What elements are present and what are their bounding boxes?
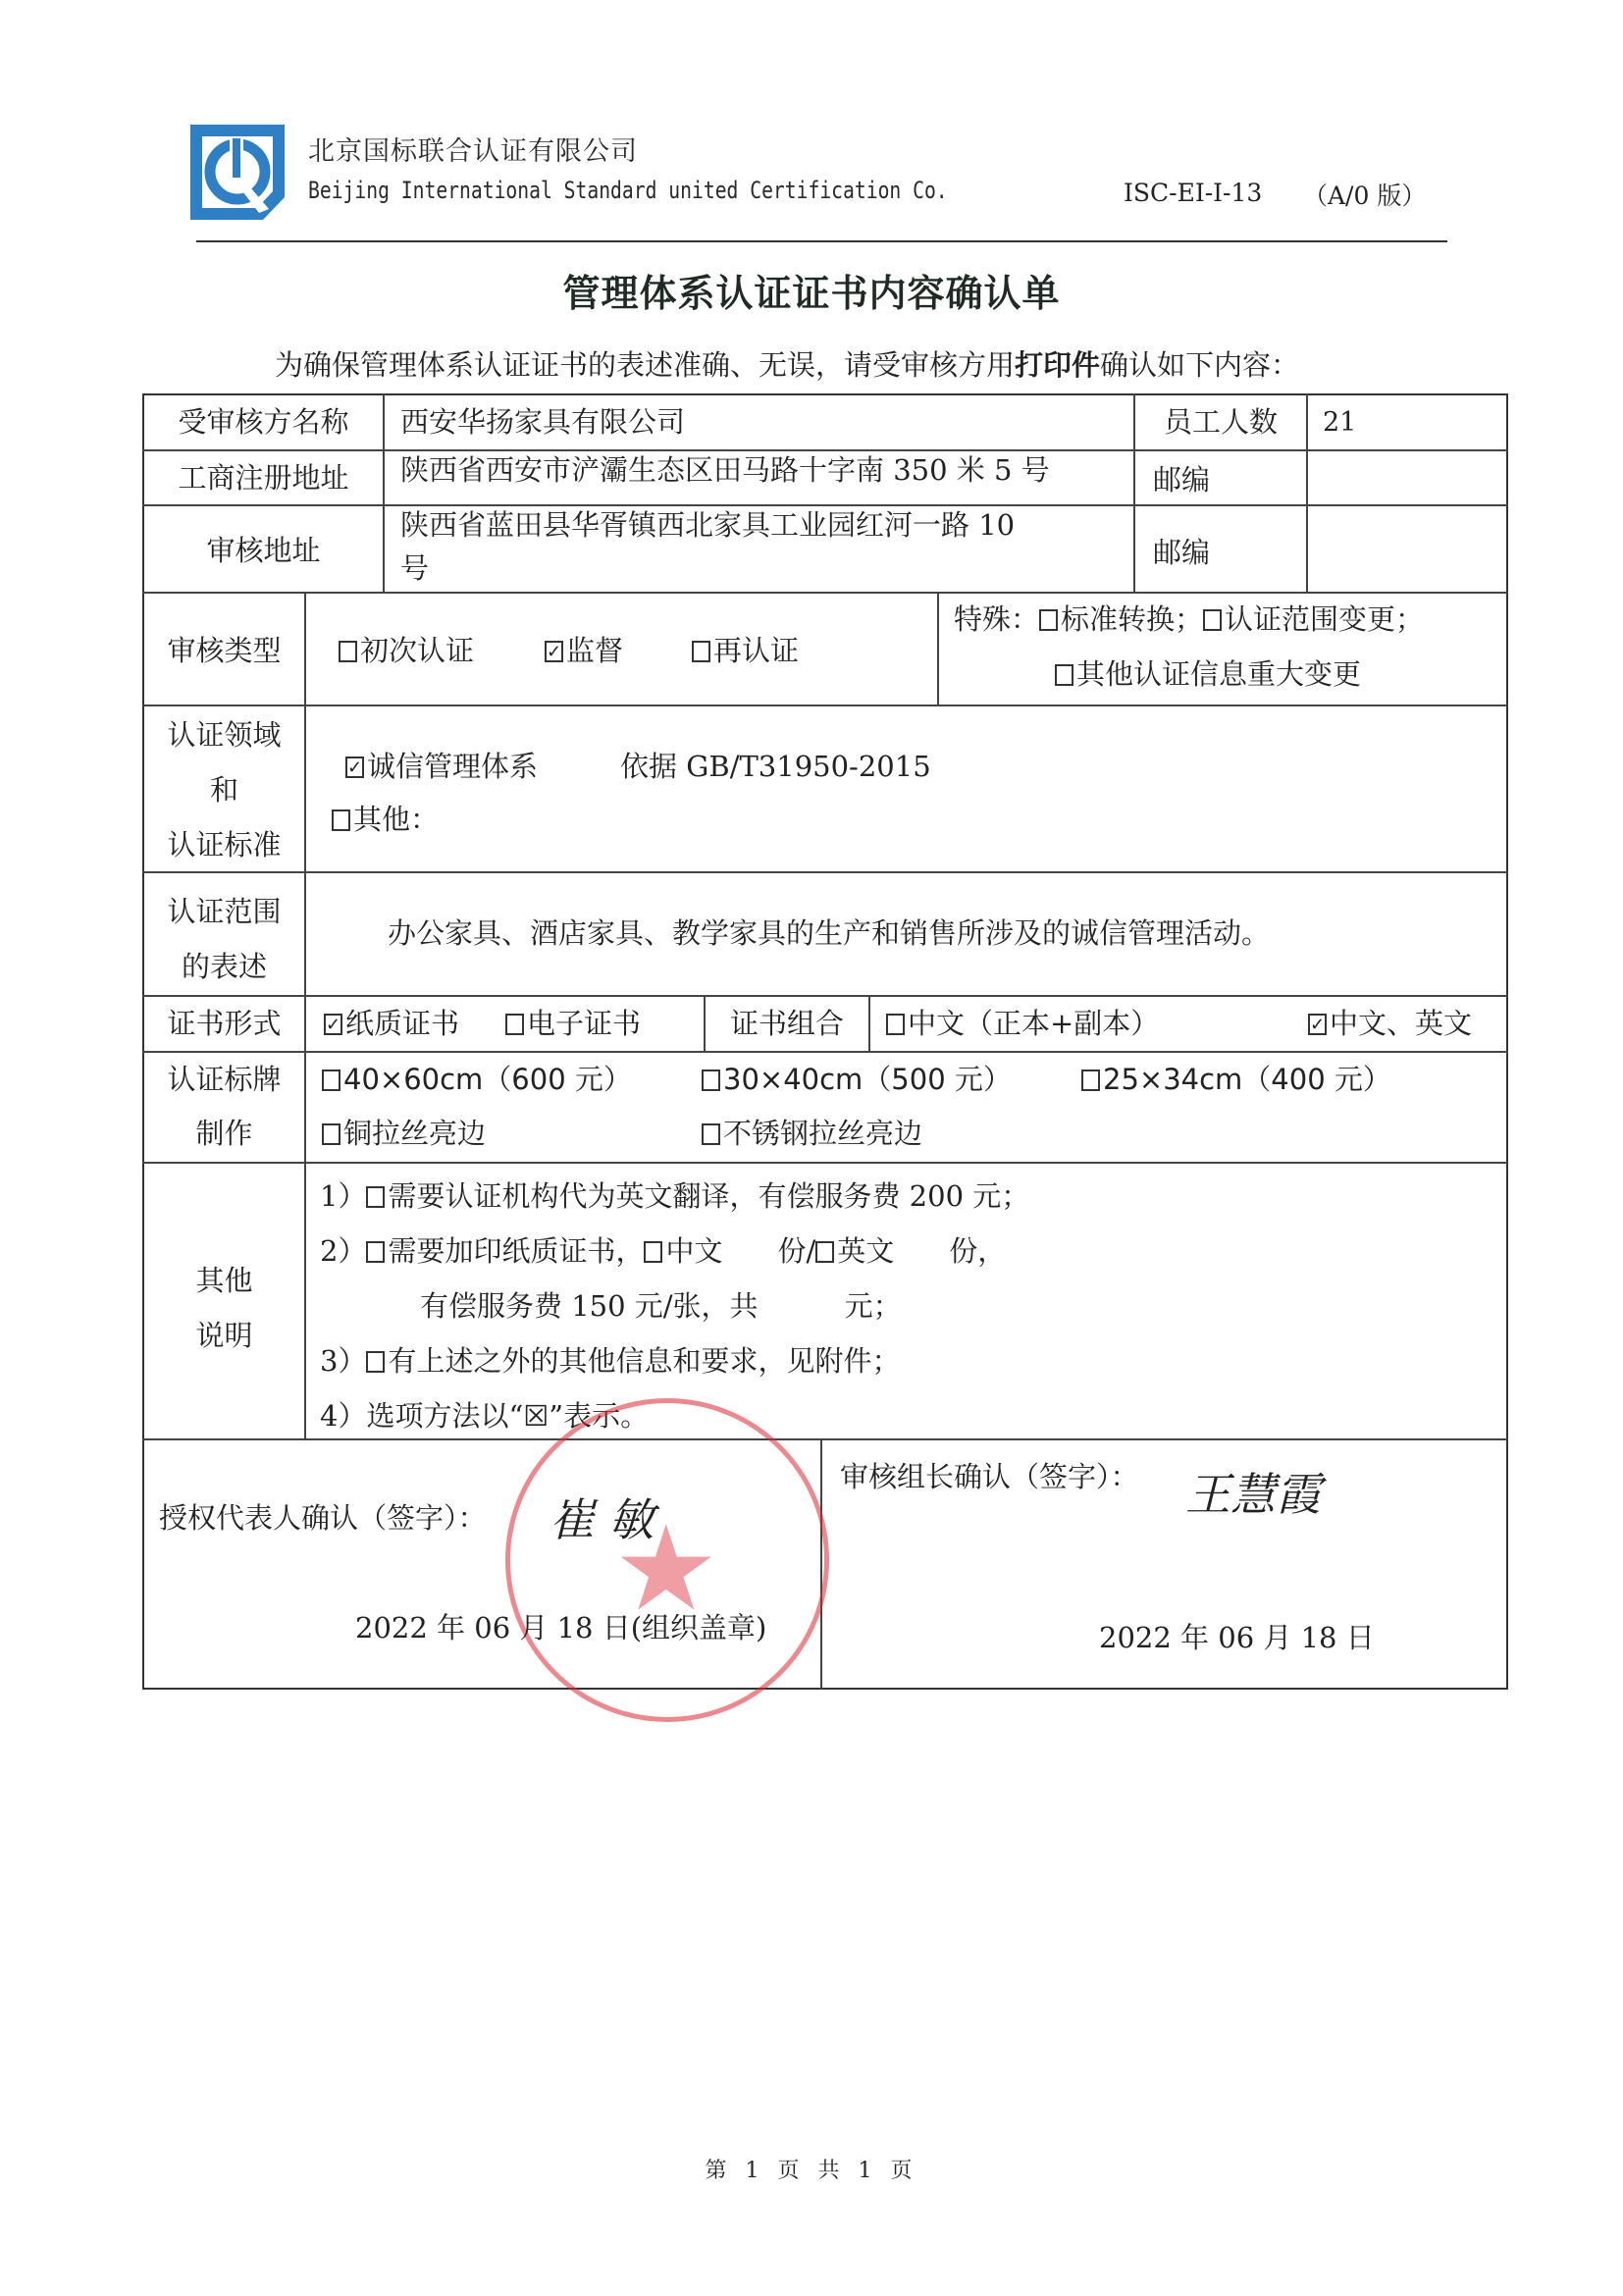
label-audit-type: 审核类型 bbox=[144, 634, 304, 668]
header-divider bbox=[196, 240, 1447, 242]
checkbox-recert[interactable] bbox=[692, 641, 710, 662]
note-1[interactable]: 1）需要认证机构代为英文翻译，有偿服务费 200 元； bbox=[320, 1179, 1029, 1214]
combo-cn-en[interactable]: 中文、英文 bbox=[1308, 1007, 1472, 1041]
label-scope-1: 认证范围 bbox=[144, 895, 304, 929]
document-version: （A/0 版） bbox=[1303, 177, 1426, 212]
row-divider bbox=[142, 871, 1508, 873]
label-cert-form: 证书形式 bbox=[144, 1007, 304, 1041]
cert-electronic[interactable]: 电子证书 bbox=[505, 1007, 641, 1041]
label-postcode-1: 邮编 bbox=[1153, 463, 1210, 497]
checkbox-domain-other[interactable] bbox=[332, 809, 350, 831]
plaque-size-40x60[interactable]: 40×60cm（600 元） bbox=[322, 1063, 632, 1097]
intro-text: 为确保管理体系认证证书的表述准确、无误，请受审核方用打印件确认如下内容： bbox=[275, 343, 1299, 384]
company-name-cn: 北京国标联合认证有限公司 bbox=[308, 130, 638, 168]
label-notes-1: 其他 bbox=[144, 1264, 304, 1298]
cert-paper[interactable]: 纸质证书 bbox=[324, 1007, 459, 1041]
leader-confirm-label: 审核组长确认（签字）： bbox=[840, 1460, 1139, 1494]
plaque-size-30x40[interactable]: 30×40cm（500 元） bbox=[702, 1063, 1012, 1097]
combo-cn[interactable]: 中文（正本+副本） bbox=[886, 1007, 1159, 1041]
row-divider bbox=[142, 995, 1508, 997]
leader-date: 2022 年 06 月 18 日 bbox=[1099, 1621, 1375, 1655]
checkbox-scope-change[interactable] bbox=[1203, 609, 1222, 631]
intro-bold: 打印件 bbox=[1015, 348, 1100, 382]
note-3[interactable]: 3）有上述之外的其他信息和要求，见附件； bbox=[320, 1344, 900, 1379]
audit-address-line2: 号 bbox=[400, 551, 429, 586]
checkbox-extra-print[interactable] bbox=[366, 1241, 385, 1263]
label-domain-1: 认证领域 bbox=[144, 718, 304, 753]
page-title: 管理体系认证证书内容确认单 bbox=[0, 263, 1623, 317]
checkbox-stainless[interactable] bbox=[702, 1123, 720, 1145]
plaque-copper[interactable]: 铜拉丝亮边 bbox=[322, 1117, 486, 1151]
audit-type-surveillance[interactable]: 监督 bbox=[545, 634, 623, 668]
special-line-2[interactable]: 其他认证信息重大变更 bbox=[1055, 657, 1361, 692]
plaque-stainless[interactable]: 不锈钢拉丝亮边 bbox=[702, 1117, 922, 1151]
auditee-name-value: 西安华扬家具有限公司 bbox=[400, 405, 685, 440]
note-2[interactable]: 2）需要加印纸质证书，中文份/英文份， bbox=[320, 1234, 1006, 1269]
label-notes-2: 说明 bbox=[144, 1319, 304, 1353]
company-logo bbox=[186, 121, 288, 224]
checkbox-30x40[interactable] bbox=[702, 1070, 720, 1091]
scope-text: 办公家具、酒店家具、教学家具的生产和销售所涉及的诚信管理活动。 bbox=[388, 916, 1270, 951]
page-footer: 第 1 页 共 1 页 bbox=[0, 2154, 1623, 2184]
special-line-1: 特殊：标准转换；认证范围变更； bbox=[954, 602, 1424, 637]
label-employees: 员工人数 bbox=[1135, 405, 1306, 440]
checkbox-extra-en[interactable] bbox=[815, 1241, 834, 1263]
rep-date: 2022 年 06 月 18 日(组织盖章) bbox=[355, 1611, 766, 1645]
checkbox-translation[interactable] bbox=[366, 1186, 385, 1208]
row-divider bbox=[142, 1051, 1508, 1053]
checkbox-other-requirements[interactable] bbox=[366, 1351, 385, 1373]
label-auditee-name: 受审核方名称 bbox=[144, 405, 383, 440]
checkbox-combo-cn[interactable] bbox=[886, 1014, 905, 1035]
row-divider bbox=[142, 504, 1508, 506]
audit-address-line1: 陕西省蓝田县华胥镇西北家具工业园红河一路 10 bbox=[400, 508, 1015, 543]
rep-confirm-label: 授权代表人确认（签字）： bbox=[159, 1501, 487, 1536]
domain-other[interactable]: 其他： bbox=[332, 803, 439, 837]
document-number: ISC-EI-I-13 bbox=[1124, 179, 1262, 207]
checkbox-combo-cn-en-checked[interactable] bbox=[1308, 1014, 1327, 1035]
label-scope-2: 的表述 bbox=[144, 950, 304, 984]
domain-basis: 依据 GB/T31950-2015 bbox=[620, 750, 931, 784]
checkbox-extra-cn[interactable] bbox=[644, 1241, 662, 1263]
checkbox-other-major-change[interactable] bbox=[1055, 664, 1073, 686]
row-divider bbox=[142, 1162, 1508, 1164]
label-plaque-2: 制作 bbox=[144, 1117, 304, 1151]
domain-integrity-mgmt[interactable]: 诚信管理体系 bbox=[345, 750, 538, 784]
leader-signature: 王慧霞 bbox=[1185, 1468, 1321, 1522]
row-divider bbox=[142, 1438, 1508, 1440]
label-postcode-2: 邮编 bbox=[1153, 536, 1210, 570]
label-audit-address: 审核地址 bbox=[144, 534, 383, 568]
row-divider bbox=[142, 449, 1508, 451]
label-registered-address: 工商注册地址 bbox=[144, 461, 383, 496]
checkbox-std-transition[interactable] bbox=[1039, 609, 1058, 631]
row-divider bbox=[142, 592, 1508, 594]
rep-signature: 崔 敏 bbox=[550, 1493, 654, 1547]
employees-value: 21 bbox=[1323, 407, 1356, 439]
registered-address-value: 陕西省西安市浐灞生态区田马路十字南 350 米 5 号 bbox=[400, 453, 1050, 488]
note-2-fee: 有偿服务费 150 元/张，共元； bbox=[420, 1289, 902, 1324]
audit-type-initial[interactable]: 初次认证 bbox=[339, 634, 474, 668]
label-plaque-1: 认证标牌 bbox=[144, 1063, 304, 1097]
plaque-size-25x34[interactable]: 25×34cm（400 元） bbox=[1081, 1063, 1391, 1097]
col-divider bbox=[937, 592, 939, 704]
checkbox-copper[interactable] bbox=[322, 1123, 340, 1145]
checkbox-paper-checked[interactable] bbox=[324, 1014, 342, 1035]
logo-icon bbox=[186, 121, 288, 224]
label-domain-3: 认证标准 bbox=[144, 828, 304, 862]
col-divider bbox=[383, 393, 385, 592]
checkbox-integrity-checked[interactable] bbox=[345, 757, 364, 778]
checkbox-25x34[interactable] bbox=[1081, 1070, 1100, 1091]
label-domain-2: 和 bbox=[144, 773, 304, 808]
checkbox-electronic[interactable] bbox=[505, 1014, 524, 1035]
col-divider bbox=[868, 995, 870, 1051]
label-cert-combo: 证书组合 bbox=[706, 1007, 868, 1041]
row-divider bbox=[142, 704, 1508, 706]
checkbox-40x60[interactable] bbox=[322, 1070, 340, 1091]
audit-type-recert[interactable]: 再认证 bbox=[692, 634, 799, 668]
checkbox-initial[interactable] bbox=[339, 641, 357, 662]
col-divider bbox=[1306, 393, 1308, 592]
col-divider bbox=[304, 592, 306, 1438]
checkbox-surveillance-checked[interactable] bbox=[545, 641, 563, 662]
company-name-en: Beijing International Standard united Ce… bbox=[308, 177, 948, 204]
